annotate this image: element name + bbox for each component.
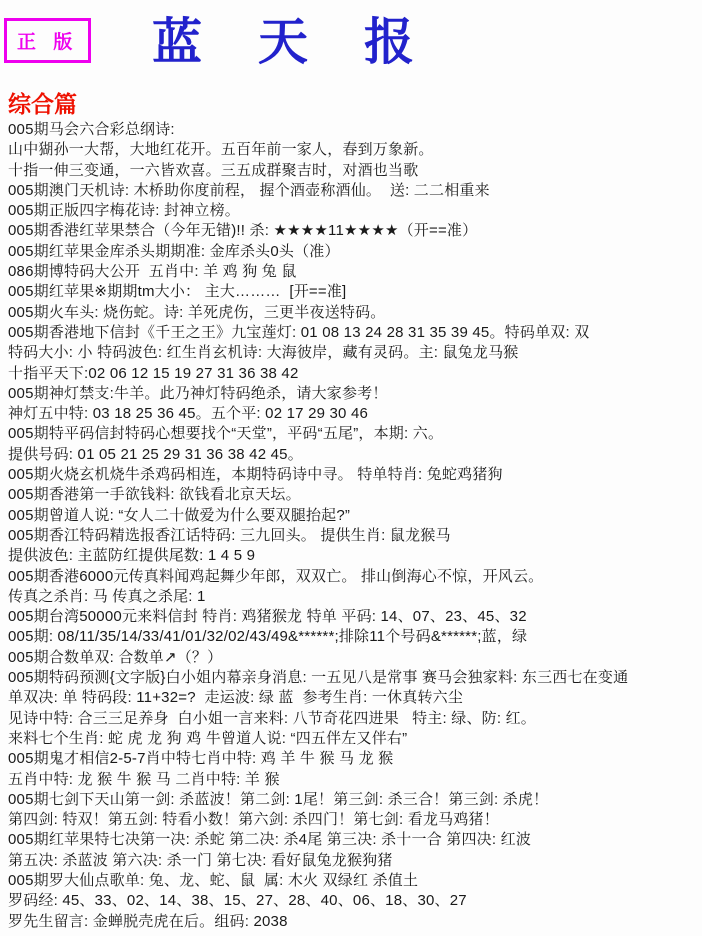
text-line: 005期香港红苹果禁合（今年无错)!! 杀: ★★★★11★★★★（开==准） [8, 221, 698, 241]
text-line: 005期七剑下天山第一剑: 杀蓝波！第二剑: 1尾！第三剑: 杀三合！第三剑: … [8, 790, 698, 810]
authenticity-badge: 正 版 [4, 18, 91, 63]
text-line: 005期台湾50000元来料信封 特肖: 鸡猪猴龙 特单 平码: 14、07、2… [8, 607, 698, 627]
text-line: 十指平天下:02 06 12 15 19 27 31 36 38 42 [8, 364, 698, 384]
text-line: 005期红苹果特七决第一决: 杀蛇 第二决: 杀4尾 第三决: 杀十一合 第四决… [8, 830, 698, 850]
text-line: 005期: 08/11/35/14/33/41/01/32/02/43/49&*… [8, 627, 698, 647]
text-line: 005期红苹果金库杀头期期准: 金库杀头0头（准） [8, 242, 698, 262]
text-line: 005期香港第一手欲钱料: 欲钱看北京天坛。 [8, 485, 698, 505]
text-line: 005期香港地下信封《千王之王》九宝莲灯: 01 08 13 24 28 31 … [8, 323, 698, 343]
text-line: 086期博特码大公开 五肖中: 羊 鸡 狗 兔 鼠 [8, 262, 698, 282]
text-line: 罗码经: 45、33、02、14、38、15、27、28、40、06、18、30… [8, 891, 698, 911]
body-lines: 005期马会六合彩总纲诗:山中猢孙一大帮，大地红花开。五百年前一家人，春到万象新… [8, 120, 698, 932]
text-line: 005期香江特码精选报香江话特码: 三九回头。 提供生肖: 鼠龙猴马 [8, 526, 698, 546]
text-line: 第四剑: 特双！第五剑: 特看小数！第六剑: 杀四门！第七剑: 看龙马鸡猪！ [8, 810, 698, 830]
text-line: 005期曾道人说: “女人二十做爱为什么要双腿抬起?” [8, 506, 698, 526]
text-line: 神灯五中特: 03 18 25 36 45。五个平: 02 17 29 30 4… [8, 404, 698, 424]
section-title: 综合篇 [8, 86, 702, 116]
text-line: 005期特平码信封特码心想要找个“天堂”，平码“五尾”，本期: 六。 [8, 424, 698, 444]
text-line: 005期神灯禁支:牛羊。此乃神灯特码绝杀，请大家参考！ [8, 384, 698, 404]
text-line: 005期马会六合彩总纲诗: [8, 120, 698, 140]
text-line: 提供号码: 01 05 21 25 29 31 36 38 42 45。 [8, 445, 698, 465]
text-line: 罗先生留言: 金蝉脱壳虎在后。组码: 2038 [8, 912, 698, 932]
text-line: 第五决: 杀蓝波 第六决: 杀一门 第七决: 看好鼠兔龙猴狗猪 [8, 851, 698, 871]
text-line: 005期红苹果※期期tm大小： 主大……… [开==准] [8, 282, 698, 302]
text-line: 005期鬼才相信2-5-7肖中特七肖中特: 鸡 羊 牛 猴 马 龙 猴 [8, 749, 698, 769]
text-line: 005期合数单双: 合数单↗（？） [8, 648, 698, 668]
text-line: 005期火烧玄机烧牛杀鸡码相连，本期特码诗中寻。 特单特肖: 兔蛇鸡猪狗 [8, 465, 698, 485]
text-line: 005期罗大仙点歌单: 兔、龙、蛇、鼠 属: 木火 双绿红 杀值土 [8, 871, 698, 891]
text-line: 单双决: 单 特码段: 11+32=? 走运波: 绿 蓝 参考生肖: 一休真转六… [8, 688, 698, 708]
text-line: 005期特码预测{文字版}白小姐内幕亲身消息: 一五见八是常事 赛马会独家料: … [8, 668, 698, 688]
page-title: 蓝天报 [152, 14, 470, 69]
page-header: 正 版 蓝天报 [0, 0, 702, 84]
text-line: 005期正版四字梅花诗: 封神立榜。 [8, 201, 698, 221]
text-line: 山中猢孙一大帮，大地红花开。五百年前一家人，春到万象新。 [8, 140, 698, 160]
text-line: 特码大小: 小 特码波色: 红生肖玄机诗: 大海彼岸，藏有灵码。主: 鼠兔龙马猴 [8, 343, 698, 363]
text-line: 005期澳门天机诗: 木桥助你度前程， 握个酒壶称酒仙。 送: 二二相重来 [8, 181, 698, 201]
text-line: 见诗中特: 合三三足养身 白小姐一言来料: 八节奇花四进果 特主: 绿、防: 红… [8, 709, 698, 729]
text-line: 五肖中特: 龙 猴 牛 猴 马 二肖中特: 羊 猴 [8, 770, 698, 790]
text-line: 005期香港6000元传真料闻鸡起舞少年郎，双双亡。 排山倒海心不惊，开风云。 [8, 567, 698, 587]
text-line: 005期火车头: 烧伤蛇。诗: 羊死虎伤，三更半夜送特码。 [8, 303, 698, 323]
text-line: 来料七个生肖: 蛇 虎 龙 狗 鸡 牛曾道人说: “四五伴左又伴右” [8, 729, 698, 749]
text-line: 十指一伸三变通，一六皆欢喜。三五成群聚吉时，对酒也当歌 [8, 161, 698, 181]
text-line: 提供波色: 主蓝防红提供尾数: 1 4 5 9 [8, 546, 698, 566]
text-line: 传真之杀肖: 马 传真之杀尾: 1 [8, 587, 698, 607]
